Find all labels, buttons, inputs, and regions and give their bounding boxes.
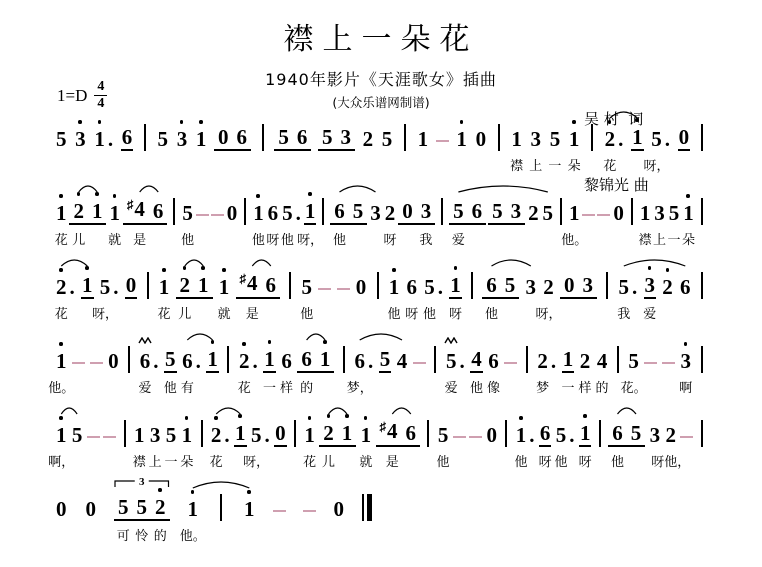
note: 5 <box>504 274 517 297</box>
octave-dot <box>59 342 63 346</box>
notes-row: 2.15.01211♯4650165.16532035.326 <box>55 258 707 299</box>
sharp-sign: ♯ <box>380 415 387 438</box>
beam-group: 21 <box>69 200 106 225</box>
barline <box>505 420 507 447</box>
note: 2 <box>661 276 674 299</box>
augmentation-dot: . <box>196 349 201 373</box>
note: 6 <box>236 126 249 149</box>
note: 1 <box>108 202 121 225</box>
octave-dot <box>454 266 458 270</box>
lyric-syllable: 呀 <box>579 451 592 470</box>
note: 5 <box>491 200 504 223</box>
octave-dot <box>242 342 246 346</box>
lyric-syllable: 样 <box>579 377 592 396</box>
lyric-syllable: 爱 <box>138 377 151 396</box>
note: 2 <box>542 276 555 299</box>
lyric-syllable: 他。 <box>48 377 74 396</box>
note: 1 <box>55 424 68 447</box>
lyric-syllable: 样 <box>280 377 293 396</box>
lyric-syllable: 襟 <box>639 229 652 248</box>
lyric-syllable: 襟 <box>510 155 523 174</box>
notes-row: 1513512.15.01211♯46501.65.16532 <box>55 406 707 447</box>
note: 2 <box>579 350 592 373</box>
note: 6 <box>471 200 484 223</box>
octave-dot <box>256 194 260 198</box>
barline <box>617 346 619 373</box>
note: 5. <box>618 276 639 299</box>
note: 2. <box>604 128 625 151</box>
lyric-syllable: 我 <box>617 303 630 322</box>
sharp-sign: ♯ <box>127 193 134 216</box>
lyric-syllable: 爱 <box>643 303 656 322</box>
rest-note: 0 <box>678 126 691 151</box>
barline <box>471 272 473 299</box>
lyric-syllable: 一 <box>548 155 561 174</box>
barline <box>128 346 130 373</box>
note: 5 <box>117 496 130 519</box>
note: 6 <box>267 202 280 225</box>
note: 5. <box>555 424 576 447</box>
lyrics-row: 可怜的他。 <box>55 524 707 545</box>
note: 5 <box>164 348 177 373</box>
note: 5 <box>627 350 640 373</box>
lyric-syllable: 怜 <box>135 525 148 544</box>
note: 1 <box>218 276 231 299</box>
barline <box>244 198 246 225</box>
notes-row: 531.65310656532511013512.15.0 <box>55 110 707 151</box>
score-line: 2.15.01211♯4650165.16532035.326花呀，花儿就是他他… <box>55 258 707 323</box>
score: 531.65310656532511013512.15.0襟上一朵花呀，1211… <box>55 110 707 554</box>
barline <box>262 124 264 151</box>
lyric-syllable: 儿 <box>178 303 191 322</box>
note: 6 <box>487 350 500 373</box>
barline <box>343 346 345 373</box>
note: 1 <box>133 424 146 447</box>
octave-dot <box>211 340 215 344</box>
note: 1 <box>639 202 652 225</box>
augmentation-dot: . <box>153 349 158 373</box>
note: 5 <box>379 348 392 373</box>
lyric-syllable: 花 <box>603 155 616 174</box>
rest-note: 0 <box>563 274 576 297</box>
time-denominator: 4 <box>94 96 107 111</box>
lyric-syllable: 他 <box>611 451 624 470</box>
note: 6 <box>405 422 418 445</box>
barline <box>631 198 633 225</box>
lyric-syllable: 呀 <box>449 303 462 322</box>
note: 3 <box>644 274 657 299</box>
duration-dash <box>436 140 449 143</box>
duration-dash <box>469 436 482 439</box>
lyric-syllable: 他 <box>181 229 194 248</box>
barline <box>606 272 608 299</box>
note: 6 <box>280 350 293 373</box>
lyric-syllable: 呀， <box>92 303 118 322</box>
octave-dot <box>59 194 63 198</box>
octave-dot <box>98 120 102 124</box>
duration-dash <box>211 214 224 217</box>
note: 1 <box>682 202 695 225</box>
augmentation-dot: . <box>224 423 229 447</box>
note: 6. <box>181 350 202 373</box>
notes-row: 00552110 <box>55 480 707 521</box>
lyric-syllable: 他 <box>252 229 265 248</box>
note: 5. <box>650 128 671 151</box>
note: 1 <box>360 424 373 447</box>
lyric-syllable: 我 <box>419 229 432 248</box>
lyric-syllable: 花 <box>55 303 68 322</box>
note: 6 <box>265 274 278 297</box>
note: 2. <box>238 350 259 373</box>
lyrics-row: 啊，襟上一朵花呀，花儿就是他他呀他呀他呀他， <box>55 450 707 471</box>
rest-note: 0 <box>333 498 346 521</box>
lyric-syllable: 花 <box>210 451 223 470</box>
barline <box>498 124 500 151</box>
lyric-syllable: 就 <box>108 229 121 248</box>
rest-note: 0 <box>226 202 239 225</box>
rest-note: 0 <box>107 350 120 373</box>
lyric-syllable: 儿 <box>322 451 335 470</box>
augmentation-dot: . <box>113 275 118 299</box>
octave-dot <box>268 340 272 344</box>
note: 2. <box>210 424 231 447</box>
notes-row: 1211♯4650165.1653203565325101351 <box>55 184 707 225</box>
note: 5. <box>445 350 466 373</box>
note: 1 <box>252 202 265 225</box>
octave-dot <box>214 416 218 420</box>
octave-dot <box>113 194 117 198</box>
octave-dot <box>519 416 523 420</box>
lyric-syllable: 襟 <box>133 451 146 470</box>
octave-dot <box>59 268 63 272</box>
lyric-syllable: 爱 <box>445 377 458 396</box>
note: 1 <box>195 128 208 151</box>
duration-dash <box>453 436 466 439</box>
octave-dot <box>308 416 312 420</box>
beam-group: 03 <box>398 200 435 225</box>
lyric-syllable: 他 <box>515 451 528 470</box>
note: 1 <box>388 276 401 299</box>
note: 6 <box>611 422 624 445</box>
beam-group: 21 <box>176 274 213 299</box>
note: 1 <box>234 422 247 447</box>
note: 6 <box>333 200 346 223</box>
barline <box>591 124 593 151</box>
note: 1 <box>81 274 94 299</box>
rest-note: 0 <box>85 498 98 521</box>
note: ♯4 <box>379 420 399 445</box>
octave-dot <box>78 120 82 124</box>
lyric-syllable: 他 <box>423 303 436 322</box>
time-signature: 4 4 <box>94 80 107 111</box>
note: 1 <box>417 128 430 151</box>
lyric-syllable: 花。 <box>621 377 647 396</box>
lyric-syllable: 的 <box>596 377 609 396</box>
lyric-syllable: 花 <box>238 377 251 396</box>
duration-dash <box>72 362 85 365</box>
augmentation-dot: . <box>529 423 534 447</box>
note: 1 <box>579 422 592 447</box>
lyric-syllable: 是 <box>246 303 259 322</box>
lyric-syllable: 有 <box>181 377 194 396</box>
note: 1 <box>449 274 462 299</box>
lyric-syllable: 呀 <box>383 229 396 248</box>
lyric-syllable: 呀， <box>243 451 269 470</box>
lyric-syllable: 像 <box>487 377 500 396</box>
lyric-syllable: 他 <box>555 451 568 470</box>
augmentation-dot: . <box>551 349 556 373</box>
lyric-syllable: 一 <box>667 229 680 248</box>
barline <box>124 420 126 447</box>
note: 5 <box>157 128 170 151</box>
lyric-syllable: 呀， <box>535 303 561 322</box>
octave-dot <box>635 118 639 122</box>
rest-note: 0 <box>612 202 625 225</box>
barline <box>173 198 175 225</box>
note: 3 <box>649 424 662 447</box>
note: 5 <box>181 202 194 225</box>
octave-dot <box>572 120 576 124</box>
note: 1 <box>206 348 219 373</box>
beam-group: 56 <box>274 126 311 151</box>
note: 3 <box>680 350 693 373</box>
augmentation-dot: . <box>459 349 464 373</box>
lyrics-row: 襟上一朵花呀， <box>55 154 707 175</box>
augmentation-dot: . <box>438 275 443 299</box>
note: 3 <box>420 200 433 223</box>
note: 5 <box>321 126 334 149</box>
note: 2 <box>362 128 375 151</box>
augmentation-dot: . <box>70 275 75 299</box>
barline <box>404 124 406 151</box>
barline <box>201 420 203 447</box>
note: 4 <box>470 348 483 373</box>
barline <box>526 346 528 373</box>
augmentation-dot: . <box>618 127 623 151</box>
score-line: 1513512.15.01211♯46501.65.16532啊，襟上一朵花呀，… <box>55 406 707 471</box>
lyric-syllable: 他 <box>387 303 400 322</box>
note: 3 <box>530 128 543 151</box>
note: 2. <box>55 276 76 299</box>
octave-dot <box>686 194 690 198</box>
octave-dot <box>583 414 587 418</box>
lyric-syllable: 他 <box>470 377 483 396</box>
note: 1 <box>455 128 468 151</box>
note: 2. <box>536 350 557 373</box>
note: 6 <box>121 126 134 151</box>
octave-dot <box>183 266 187 270</box>
octave-dot <box>199 120 203 124</box>
score-line: 106.56.12.16616.545.462.12453他。爱他有花一样的梦，… <box>55 332 707 397</box>
beam-group: 53 <box>488 200 525 225</box>
duration-dash <box>303 510 316 513</box>
duration-dash <box>413 362 426 365</box>
note: 1 <box>243 498 256 521</box>
rest-note: 0 <box>55 498 68 521</box>
lyric-syllable: 呀， <box>643 155 669 174</box>
note: 2 <box>322 422 335 445</box>
note: 3 <box>149 424 162 447</box>
lyric-syllable: 他 <box>437 451 450 470</box>
rest-note: 0 <box>274 422 287 447</box>
lyric-syllable: 他 <box>485 303 498 322</box>
note: 5. <box>423 276 444 299</box>
note: ♯4 <box>126 198 146 223</box>
note: 1 <box>197 274 210 297</box>
barline <box>377 272 379 299</box>
note: 3 <box>74 128 87 151</box>
duration-dash <box>662 362 675 365</box>
augmentation-dot: . <box>252 349 257 373</box>
lyric-syllable: 一 <box>561 377 574 396</box>
duration-dash <box>582 214 595 217</box>
lyric-syllable: 可 <box>117 525 130 544</box>
note: 5 <box>381 128 394 151</box>
lyric-syllable: 的 <box>154 525 167 544</box>
note: 5 <box>542 202 555 225</box>
octave-dot <box>327 414 331 418</box>
augmentation-dot: . <box>665 127 670 151</box>
rest-note: 0 <box>401 200 414 223</box>
beam-group: 03 <box>560 274 597 299</box>
rest-note: 0 <box>475 128 488 151</box>
note: 3 <box>653 202 666 225</box>
duration-dash <box>680 436 693 439</box>
note: 1 <box>303 424 316 447</box>
octave-dot <box>201 266 205 270</box>
beam-group: 65 <box>330 200 367 225</box>
octave-dot <box>95 192 99 196</box>
sharp-sign: ♯ <box>240 267 247 290</box>
barline <box>701 198 703 225</box>
barline <box>227 346 229 373</box>
barline <box>701 124 703 151</box>
note: 1 <box>187 498 200 521</box>
note: 5 <box>165 424 178 447</box>
beam-group: ♯46 <box>236 272 281 299</box>
note: 6 <box>485 274 498 297</box>
augmentation-dot: . <box>368 349 373 373</box>
rest-note: 0 <box>355 276 368 299</box>
lyric-syllable: 呀 <box>266 229 279 248</box>
note: 1 <box>319 348 332 371</box>
octave-dot <box>364 416 368 420</box>
beam-group: 21 <box>319 422 356 447</box>
duration-dash <box>103 436 116 439</box>
lyric-syllable: 啊 <box>679 377 692 396</box>
note: 3 <box>510 200 523 223</box>
note: 2 <box>384 202 397 225</box>
note: 3 <box>525 276 538 299</box>
barline <box>144 124 146 151</box>
octave-dot <box>648 266 652 270</box>
note: 6. <box>353 350 374 373</box>
octave-dot <box>59 416 63 420</box>
barline <box>427 420 429 447</box>
beam-group: 65 <box>608 422 645 447</box>
lyric-syllable: 他。 <box>561 229 587 248</box>
key-signature: 1=D 4 4 <box>57 80 107 111</box>
lyric-syllable: 爱 <box>452 229 465 248</box>
beam-group: 06 <box>214 126 251 151</box>
duration-dash <box>318 288 331 291</box>
beam-group: 56 <box>449 200 486 225</box>
duration-dash <box>273 510 286 513</box>
duration-dash <box>337 288 350 291</box>
note: 6 <box>406 276 419 299</box>
beam-group: ♯46 <box>376 420 421 447</box>
lyric-syllable: 花 <box>55 229 68 248</box>
lyric-syllable: 他 <box>281 229 294 248</box>
duration-dash <box>504 362 517 365</box>
lyrics-row: 花呀，花儿就是他他呀他呀他呀，我爱 <box>55 302 707 323</box>
note: 6 <box>152 200 165 223</box>
lyric-syllable: 就 <box>217 303 230 322</box>
note: 1 <box>263 348 276 373</box>
notes-row: 106.56.12.16616.545.462.12453 <box>55 332 707 373</box>
final-barline <box>362 494 372 521</box>
note: 4 <box>596 350 609 373</box>
note: 2 <box>179 274 192 297</box>
barline <box>220 494 222 521</box>
lyric-syllable: 上 <box>149 451 162 470</box>
note: 5 <box>452 200 465 223</box>
note: 5 <box>55 128 68 151</box>
mordent-icon <box>444 337 458 344</box>
octave-dot <box>162 268 166 272</box>
octave-dot <box>85 266 89 270</box>
octave-dot <box>191 490 195 494</box>
beam-group: 53 <box>318 126 355 151</box>
rest-note: 0 <box>485 424 498 447</box>
augmentation-dot: . <box>632 275 637 299</box>
note: 5 <box>668 202 681 225</box>
note: 5 <box>277 126 290 149</box>
note: 6 <box>300 348 313 371</box>
note: 1 <box>304 200 317 225</box>
score-line: 00552110可怜的他。3 <box>55 480 707 545</box>
barline <box>289 272 291 299</box>
note: 3 <box>582 274 595 297</box>
beam-group: ♯46 <box>123 198 168 225</box>
lyrics-row: 他。爱他有花一样的梦，爱他像梦一样的花。啊 <box>55 376 707 397</box>
barline <box>441 198 443 225</box>
note: 5. <box>250 424 271 447</box>
score-line: 531.65310656532511013512.15.0襟上一朵花呀， <box>55 110 707 175</box>
barline <box>599 420 601 447</box>
barline <box>322 198 324 225</box>
note: 6 <box>296 126 309 149</box>
lyric-syllable: 他 <box>333 229 346 248</box>
note: 5 <box>136 496 149 519</box>
note: 1 <box>568 202 581 225</box>
time-numerator: 4 <box>94 80 107 96</box>
note: 3 <box>369 202 382 225</box>
sheet-music-page: { "header": { "title": "襟上一朵花", "subtitl… <box>0 0 762 567</box>
note: 2 <box>72 200 85 223</box>
octave-dot <box>323 340 327 344</box>
barline <box>147 272 149 299</box>
octave-dot <box>460 120 464 124</box>
lyric-syllable: 是 <box>386 451 399 470</box>
lyric-syllable: 呀， <box>297 229 323 248</box>
note: 1. <box>93 128 114 151</box>
lyric-syllable: 朵 <box>180 451 193 470</box>
octave-dot <box>222 268 226 272</box>
key-label: 1=D <box>57 86 87 106</box>
duration-dash <box>597 214 610 217</box>
note: 5 <box>630 422 643 445</box>
